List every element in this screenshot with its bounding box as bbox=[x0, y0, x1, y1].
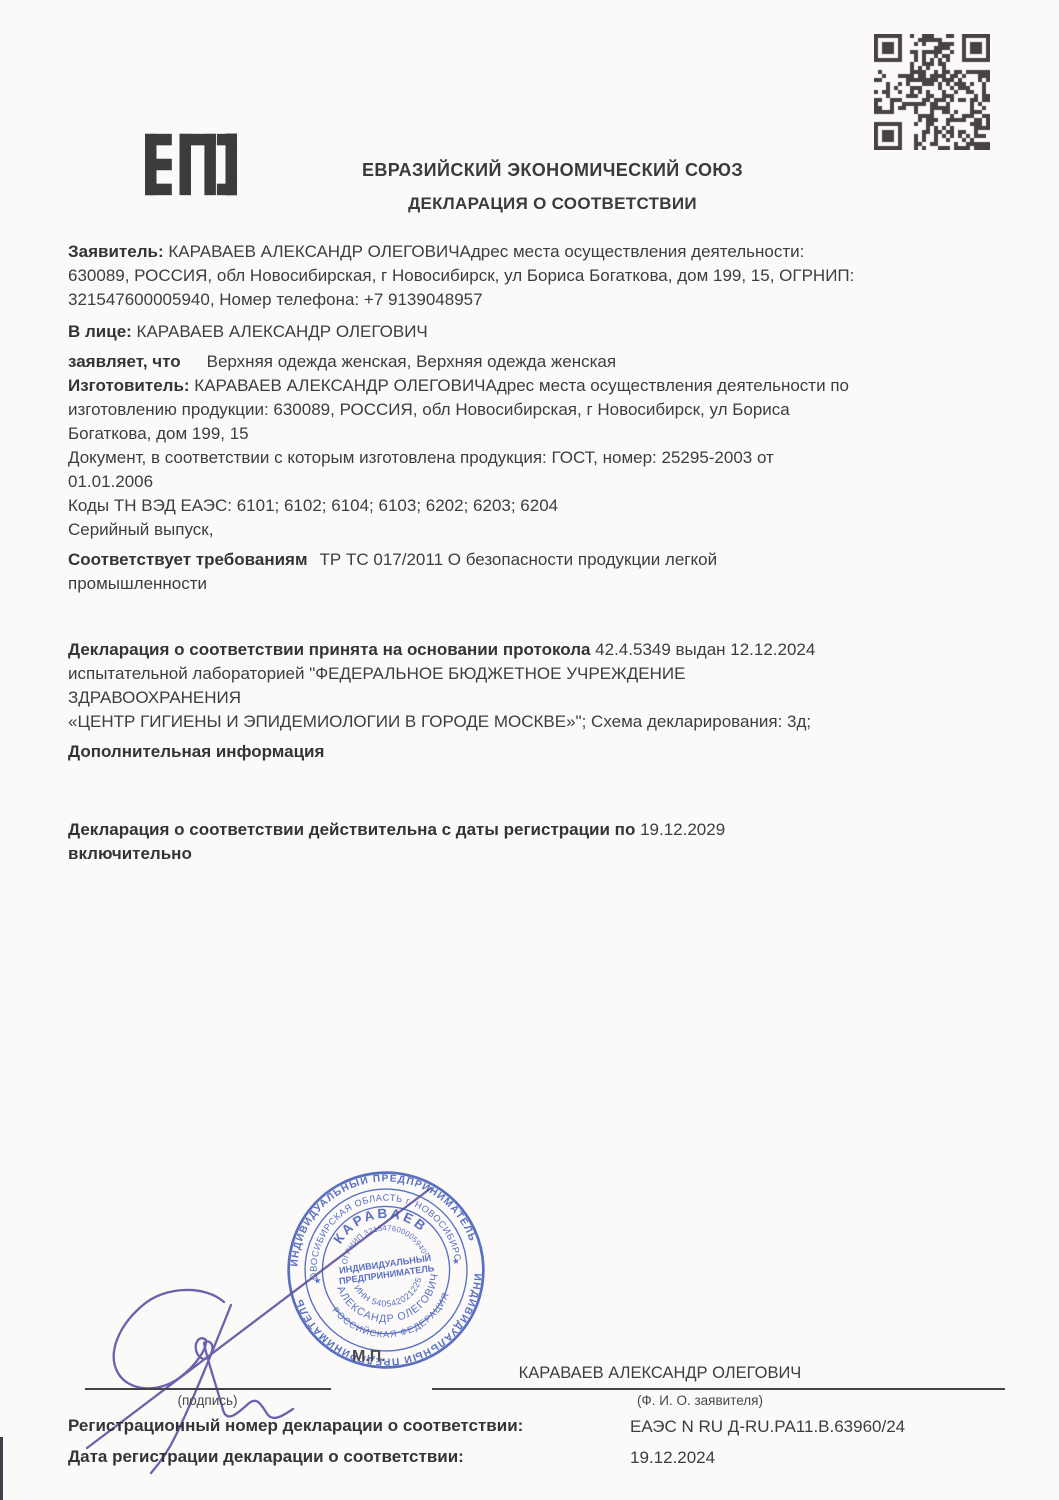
document-header: ЕВРАЗИЙСКИЙ ЭКОНОМИЧЕСКИЙ СОЮЗ ДЕКЛАРАЦИ… bbox=[95, 160, 1010, 214]
signature-caption: (подпись) bbox=[150, 1393, 265, 1408]
manufacturer-label: Изготовитель: bbox=[68, 376, 190, 395]
in-person-label: В лице: bbox=[68, 322, 132, 341]
stamp-place-label: М.П. bbox=[352, 1348, 386, 1366]
validity-suffix: включительно bbox=[68, 844, 192, 863]
registration-number-value: ЕАЭС N RU Д-RU.РА11.В.63960/24 bbox=[630, 1417, 905, 1437]
product-document-text: Документ, в соответствии с которым изгот… bbox=[68, 448, 774, 491]
applicant-full-name: КАРАВАЕВ АЛЕКСАНДР ОЛЕГОВИЧ bbox=[430, 1364, 890, 1383]
serial-text: Серийный выпуск, bbox=[68, 520, 213, 539]
serial-paragraph: Серийный выпуск, bbox=[68, 518, 996, 542]
qr-code bbox=[874, 34, 990, 155]
in-person-paragraph: В лице: КАРАВАЕВ АЛЕКСАНДР ОЛЕГОВИЧ bbox=[68, 320, 996, 344]
validity-date: 19.12.2029 bbox=[635, 820, 725, 839]
registration-date-value: 19.12.2024 bbox=[630, 1448, 715, 1468]
validity-label: Декларация о соответствии действительна … bbox=[68, 820, 635, 839]
basis-label: Декларация о соответствии принята на осн… bbox=[68, 640, 590, 659]
declares-paragraph: заявляет, чтоВерхняя одежда женская, Вер… bbox=[68, 350, 996, 374]
complies-label: Соответствует требованиям bbox=[68, 550, 308, 569]
union-title: ЕВРАЗИЙСКИЙ ЭКОНОМИЧЕСКИЙ СОЮЗ bbox=[95, 160, 1010, 181]
manufacturer-paragraph: Изготовитель: КАРАВАЕВ АЛЕКСАНДР ОЛЕГОВИ… bbox=[68, 374, 996, 446]
declaration-document: ЕВРАЗИЙСКИЙ ЭКОНОМИЧЕСКИЙ СОЮЗ ДЕКЛАРАЦИ… bbox=[0, 0, 1059, 1500]
in-person-text: КАРАВАЕВ АЛЕКСАНДР ОЛЕГОВИЧ bbox=[132, 322, 428, 341]
validity-paragraph: Декларация о соответствии действительна … bbox=[68, 818, 996, 866]
tnved-codes-text: Коды ТН ВЭД ЕАЭС: 6101; 6102; 6104; 6103… bbox=[68, 496, 558, 515]
additional-info-label: Дополнительная информация bbox=[68, 742, 324, 761]
basis-paragraph: Декларация о соответствии принята на осн… bbox=[68, 638, 996, 734]
signature-line bbox=[85, 1388, 331, 1390]
declares-label: заявляет, что bbox=[68, 352, 181, 371]
applicant-text: КАРАВАЕВ АЛЕКСАНДР ОЛЕГОВИЧАдрес места о… bbox=[68, 242, 854, 309]
applicant-label: Заявитель: bbox=[68, 242, 164, 261]
qr-code-canvas bbox=[874, 34, 990, 150]
complies-paragraph: Соответствует требованиямТР ТС 017/2011 … bbox=[68, 548, 996, 596]
applicant-paragraph: Заявитель: КАРАВАЕВ АЛЕКСАНДР ОЛЕГОВИЧАд… bbox=[68, 240, 996, 312]
page-title: ДЕКЛАРАЦИЯ О СООТВЕТСТВИИ bbox=[95, 194, 1010, 214]
registration-number-label: Регистрационный номер декларации о соотв… bbox=[68, 1416, 523, 1436]
full-name-line bbox=[432, 1388, 1005, 1390]
full-name-caption: (Ф. И. О. заявителя) bbox=[560, 1393, 840, 1408]
declaration-body: Заявитель: КАРАВАЕВ АЛЕКСАНДР ОЛЕГОВИЧАд… bbox=[68, 240, 996, 866]
handwritten-signature bbox=[55, 1165, 475, 1485]
additional-info-paragraph: Дополнительная информация bbox=[68, 740, 996, 764]
scan-edge-artifact bbox=[0, 1437, 3, 1500]
registration-date-label: Дата регистрации декларации о соответств… bbox=[68, 1447, 464, 1467]
declares-text: Верхняя одежда женская, Верхняя одежда ж… bbox=[207, 352, 616, 371]
product-document-paragraph: Документ, в соответствии с которым изгот… bbox=[68, 446, 996, 494]
tnved-codes-paragraph: Коды ТН ВЭД ЕАЭС: 6101; 6102; 6104; 6103… bbox=[68, 494, 996, 518]
